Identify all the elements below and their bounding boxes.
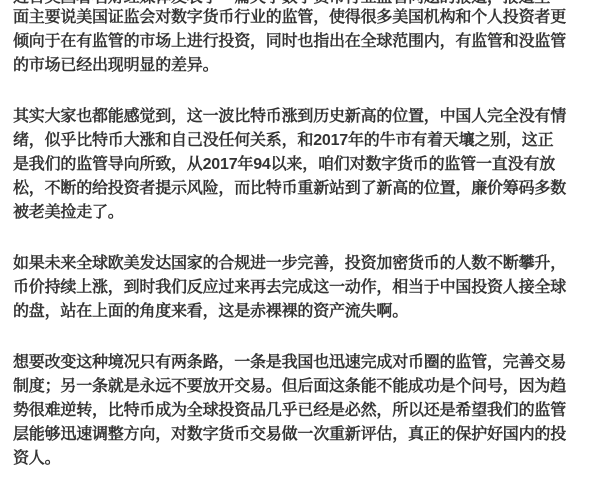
paragraph-3: 如果未来全球欧美发达国家的合规进一步完善，投资加密货币的人数不断攀升， 币价持续… [13,252,583,324]
text-line: 势很难逆转，比特币成为全球投资品几乎已经是必然，所以还是希望我们的监管 [13,399,583,423]
text-line: 倾向于在有监管的市场上进行投资，同时也指出在全球范围内，有监管和没监管 [13,30,583,54]
text-line: 如果未来全球欧美发达国家的合规进一步完善，投资加密货币的人数不断攀升， [13,252,583,276]
text-line: 资人。 [13,447,583,471]
article-body: 近日美国著名财经媒体发表了一篇关于数字货币行业监管问题的报道，报道里 面主要说美… [0,0,600,496]
text-line: 的盘，站在上面的角度来看，这是赤裸裸的资产流失啊。 [13,300,583,324]
text-line: 被老美捡走了。 [13,201,583,225]
text-line: 其实大家也都能感觉到，这一波比特币涨到历史新高的位置，中国人完全没有情 [13,105,583,129]
text-line: 松，不断的给投资者提示风险，而比特币重新站到了新高的位置，廉价筹码多数 [13,177,583,201]
text-line: 的市场已经出现明显的差异。 [13,54,583,78]
text-line: 想要改变这种境况只有两条路，一条是我国也迅速完成对币圈的监管，完善交易 [13,351,583,375]
text-line: 制度；另一条就是永远不要放开交易。但后面这条能不能成功是个问号，因为趋 [13,375,583,399]
text-line: 币价持续上涨，到时我们反应过来再去完成这一动作，相当于中国投资人接全球 [13,276,583,300]
text-line: 层能够迅速调整方向，对数字货币交易做一次重新评估，真正的保护好国内的投 [13,423,583,447]
text-line: 是我们的监管导向所致，从2017年94以来，咱们对数字货币的监管一直没有放 [13,153,583,177]
text-line: 绪，似乎比特币大涨和自己没任何关系，和2017年的牛市有着天壤之别，这正 [13,129,583,153]
paragraph-1: 面主要说美国证监会对数字货币行业的监管，使得很多美国机构和个人投资者更 倾向于在… [13,6,583,78]
paragraph-2: 其实大家也都能感觉到，这一波比特币涨到历史新高的位置，中国人完全没有情 绪，似乎… [13,105,583,225]
paragraph-4: 想要改变这种境况只有两条路，一条是我国也迅速完成对币圈的监管，完善交易 制度；另… [13,351,583,471]
text-line: 面主要说美国证监会对数字货币行业的监管，使得很多美国机构和个人投资者更 [13,6,583,30]
